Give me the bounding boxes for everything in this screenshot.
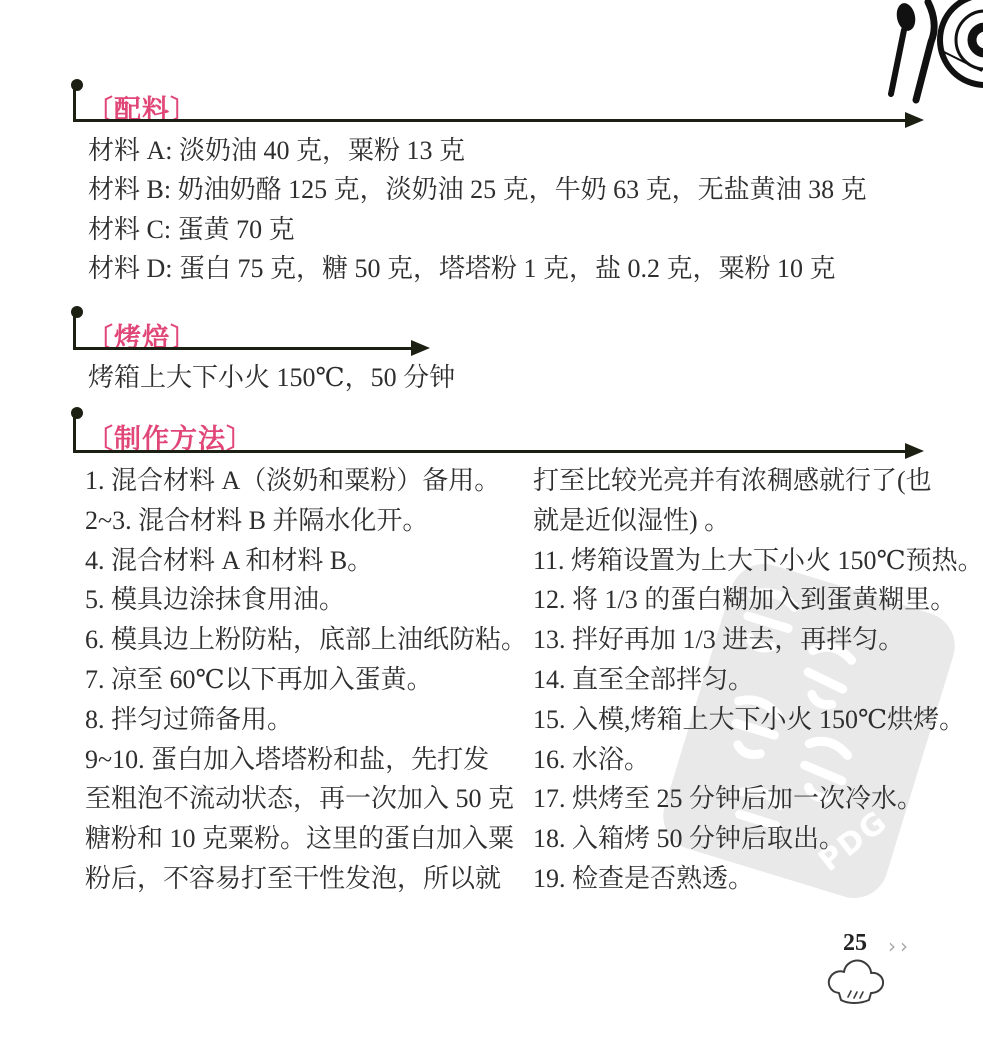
method-step-line: 5. 模具边涂抹食用油。: [85, 580, 527, 620]
section-arrow-line: [73, 347, 412, 350]
method-step-line: 7. 凉至 60℃以下再加入蛋黄。: [85, 660, 527, 700]
method-step-line: 18. 入箱烤 50 分钟后取出。: [533, 819, 983, 859]
section-arrow-line: [73, 450, 906, 453]
baking-line: 烤箱上大下小火 150℃，50 分钟: [88, 358, 455, 397]
recipe-book-page: PDG 〔配料〕 材料 A: 淡奶油 40 克，粟粉 13 克材料 B: 奶油奶…: [0, 0, 983, 1038]
method-step-line: 糖粉和 10 克粟粉。这里的蛋白加入粟: [85, 819, 527, 859]
method-step-line: 1. 混合材料 A（淡奶和粟粉）备用。: [85, 461, 527, 501]
ingredient-line: 材料 C: 蛋黄 70 克: [88, 210, 867, 249]
method-step-line: 粉后，不容易打至干性发泡，所以就: [85, 859, 527, 899]
method-step-line: 12. 将 1/3 的蛋白糊加入到蛋黄糊里。: [533, 580, 983, 620]
method-step-line: 15. 入模,烤箱上大下小火 150℃烘烤。: [533, 700, 983, 740]
ingredients-list: 材料 A: 淡奶油 40 克，粟粉 13 克材料 B: 奶油奶酪 125 克，淡…: [88, 131, 867, 289]
ingredient-line: 材料 A: 淡奶油 40 克，粟粉 13 克: [88, 131, 867, 170]
method-step-line: 16. 水浴。: [533, 740, 983, 780]
method-step-line: 17. 烘烤至 25 分钟后加一次冷水。: [533, 779, 983, 819]
ingredient-line: 材料 D: 蛋白 75 克，糖 50 克，塔塔粉 1 克，盐 0.2 克，粟粉 …: [88, 249, 867, 288]
arrow-head-icon: [411, 340, 430, 356]
method-steps-right-column: 打至比较光亮并有浓稠感就行了(也就是近似湿性) 。11. 烤箱设置为上大下小火 …: [533, 461, 983, 899]
method-step-line: 至粗泡不流动状态，再一次加入 50 克: [85, 779, 527, 819]
arrow-head-icon: [905, 443, 924, 459]
method-step-line: 打至比较光亮并有浓稠感就行了(也: [533, 461, 983, 501]
chef-hat-icon: [824, 953, 886, 1015]
method-steps-left-column: 1. 混合材料 A（淡奶和粟粉）备用。2~3. 混合材料 B 并隔水化开。4. …: [85, 461, 527, 899]
method-step-line: 11. 烤箱设置为上大下小火 150℃预热。: [533, 541, 983, 581]
method-step-line: 就是近似湿性) 。: [533, 501, 983, 541]
section-bracket-line: [73, 313, 76, 350]
ingredient-line: 材料 B: 奶油奶酪 125 克，淡奶油 25 克，牛奶 63 克，无盐黄油 3…: [88, 170, 867, 209]
method-step-line: 14. 直至全部拌匀。: [533, 660, 983, 700]
section-bracket-line: [73, 414, 76, 452]
method-step-line: 8. 拌匀过筛备用。: [85, 700, 527, 740]
method-step-line: 2~3. 混合材料 B 并隔水化开。: [85, 501, 527, 541]
next-page-marker: ››: [888, 934, 912, 958]
method-step-line: 4. 混合材料 A 和材料 B。: [85, 541, 527, 581]
section-bracket-line: [73, 86, 76, 122]
method-step-line: 6. 模具边上粉防粘，底部上油纸防粘。: [85, 620, 527, 660]
method-step-line: 19. 检查是否熟透。: [533, 859, 983, 899]
cutlery-plate-sketch-icon: [878, 0, 983, 132]
baking-instructions: 烤箱上大下小火 150℃，50 分钟: [88, 358, 455, 397]
section-arrow-line: [73, 119, 906, 122]
method-step-line: 9~10. 蛋白加入塔塔粉和盐，先打发: [85, 740, 527, 780]
method-step-line: 13. 拌好再加 1/3 进去，再拌匀。: [533, 620, 983, 660]
